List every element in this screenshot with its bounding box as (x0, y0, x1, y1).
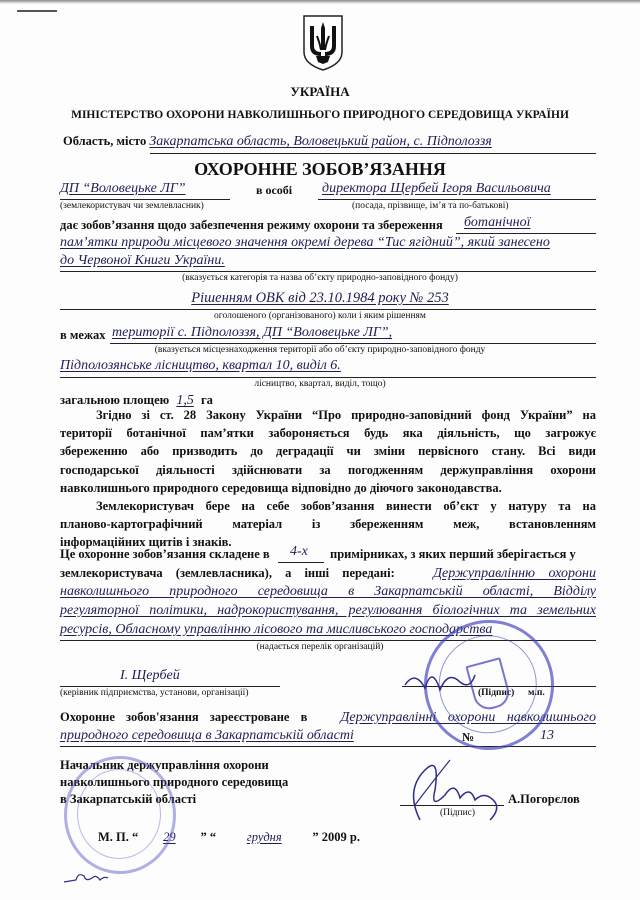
registration-label: Охоронне зобов'язання зареєстроване в (60, 710, 307, 726)
p1-line-3: збереженню або призводить до деградації … (60, 442, 596, 460)
location-value-2: Підполозянське лісництво, квартал 10, ви… (60, 358, 341, 374)
copies-label-before: Це охоронне зобов’язання складене в (60, 547, 270, 562)
landuser-caption: (землекористувач чи землевласник) (60, 201, 204, 211)
obligation-value-3: до Червоної Книги України. (60, 253, 225, 269)
landuser-underline (60, 199, 230, 200)
document-page: УКРАЇНА МІНІСТЕРСТВО ОХОРОНИ НАВКОЛИШНЬО… (0, 0, 640, 900)
p1-line-1: Згідно зі ст. 28 Закону України “Про при… (60, 406, 596, 424)
landuser-value: ДП “Воловецьке ЛГ” (60, 181, 186, 197)
obligation-value-1: ботанічної (464, 215, 531, 231)
date-month: грудня (219, 830, 309, 845)
location-value-1: території с. Підполоззя, ДП “Воловецьке … (112, 325, 392, 341)
decision-caption: оголошеного (організованого) коли і яким… (0, 311, 640, 321)
p1-line-2: території ботанічної пам’ятки забороняєт… (60, 424, 596, 442)
person-caption: (посада, прізвище, ім’я та по-батькові) (352, 201, 509, 211)
area-unit: га (201, 393, 213, 407)
body-paragraph-1: Згідно зі ст. 28 Закону України “Про при… (60, 406, 596, 552)
p2-line-2: планово-картографічний матеріал із збере… (60, 515, 596, 533)
region-underline (150, 153, 596, 154)
p2-line-1: Землекористувач бере на себе зобов’язанн… (60, 497, 596, 515)
ministry-heading: МІНІСТЕРСТВО ОХОРОНИ НАВКОЛИШНЬОГО ПРИРО… (0, 109, 640, 121)
signature-initials (62, 868, 112, 890)
date-year: ” 2009 р. (312, 830, 360, 844)
trident-coat-of-arms-icon (302, 14, 344, 72)
obligation-value-2: пам’ятки природи місцевого значення окре… (60, 235, 550, 251)
region-row: Область, місто Закарпатська область, Вол… (63, 134, 492, 150)
decision-value: Рішенням ОВК від 23.10.1984 року № 253 (0, 290, 640, 307)
copies-count: 4-х (290, 544, 308, 560)
copies-line-2: землекористувача (землевласника), а інші… (60, 566, 596, 582)
registration-underline-2 (60, 746, 596, 747)
obligation-underline-1 (456, 233, 596, 234)
copies-value-4: регуляторної політики, надрокористування… (60, 603, 596, 619)
date-sep: ” “ (201, 830, 217, 844)
head-name: А.Погорєлов (508, 792, 580, 807)
obligation-caption: (вказується категорія та назва об’єкту п… (0, 273, 640, 283)
signer-caption: (керівник підприємства, установи, органі… (60, 688, 249, 698)
scan-edge (0, 0, 640, 4)
location-caption-1: (вказується місцезнаходження території а… (0, 345, 640, 355)
location-underline-2 (60, 377, 596, 378)
registration-value-2: природного середовища в Закарпатській об… (60, 728, 354, 744)
signer-value: І. Щербей (120, 668, 180, 684)
copies-count-underline (278, 562, 324, 563)
signer-underline (60, 686, 280, 687)
location-caption-2: лісництво, квартал, виділ, тощо) (0, 379, 640, 389)
location-label: в межах (60, 328, 106, 343)
copies-label-after: примірниках, з яких перший зберігається … (330, 547, 576, 562)
person-underline (318, 199, 596, 200)
copies-line2-label: землекористувача (землевласника), а інші… (60, 566, 395, 582)
signature-director (400, 660, 480, 700)
country-heading: УКРАЇНА (0, 84, 640, 100)
registration-number: 13 (540, 728, 554, 744)
area-label: загальною площею (60, 393, 169, 407)
copies-value-3: навколишнього природного середовища в За… (60, 584, 596, 600)
copies-line2-value: Держуправлінню охорони (433, 566, 596, 582)
in-person-label: в особі (256, 183, 292, 198)
region-label: Область, місто (63, 134, 146, 148)
obligation-underline-3 (60, 271, 596, 272)
decision-underline (60, 309, 596, 310)
p1-line-4: господарської діяльності здійснювати за … (60, 461, 596, 479)
corner-mark (17, 10, 57, 12)
official-stamp-left (64, 756, 176, 874)
document-title: ОХОРОННЕ ЗОБОВ’ЯЗАННЯ (0, 159, 640, 180)
region-value: Закарпатська область, Воловецький район,… (149, 134, 491, 149)
location-underline-1 (110, 343, 596, 344)
person-value: директора Щербей Ігоря Васильовича (322, 181, 551, 197)
p1-line-5: навколишнього природного середовища відп… (60, 479, 596, 497)
obligation-label: дає зобов’язання щодо забезпечення режим… (60, 218, 443, 233)
copies-value-5: ресурсів, Обласному управлінню лісового … (60, 622, 492, 638)
signature-head (400, 750, 510, 830)
